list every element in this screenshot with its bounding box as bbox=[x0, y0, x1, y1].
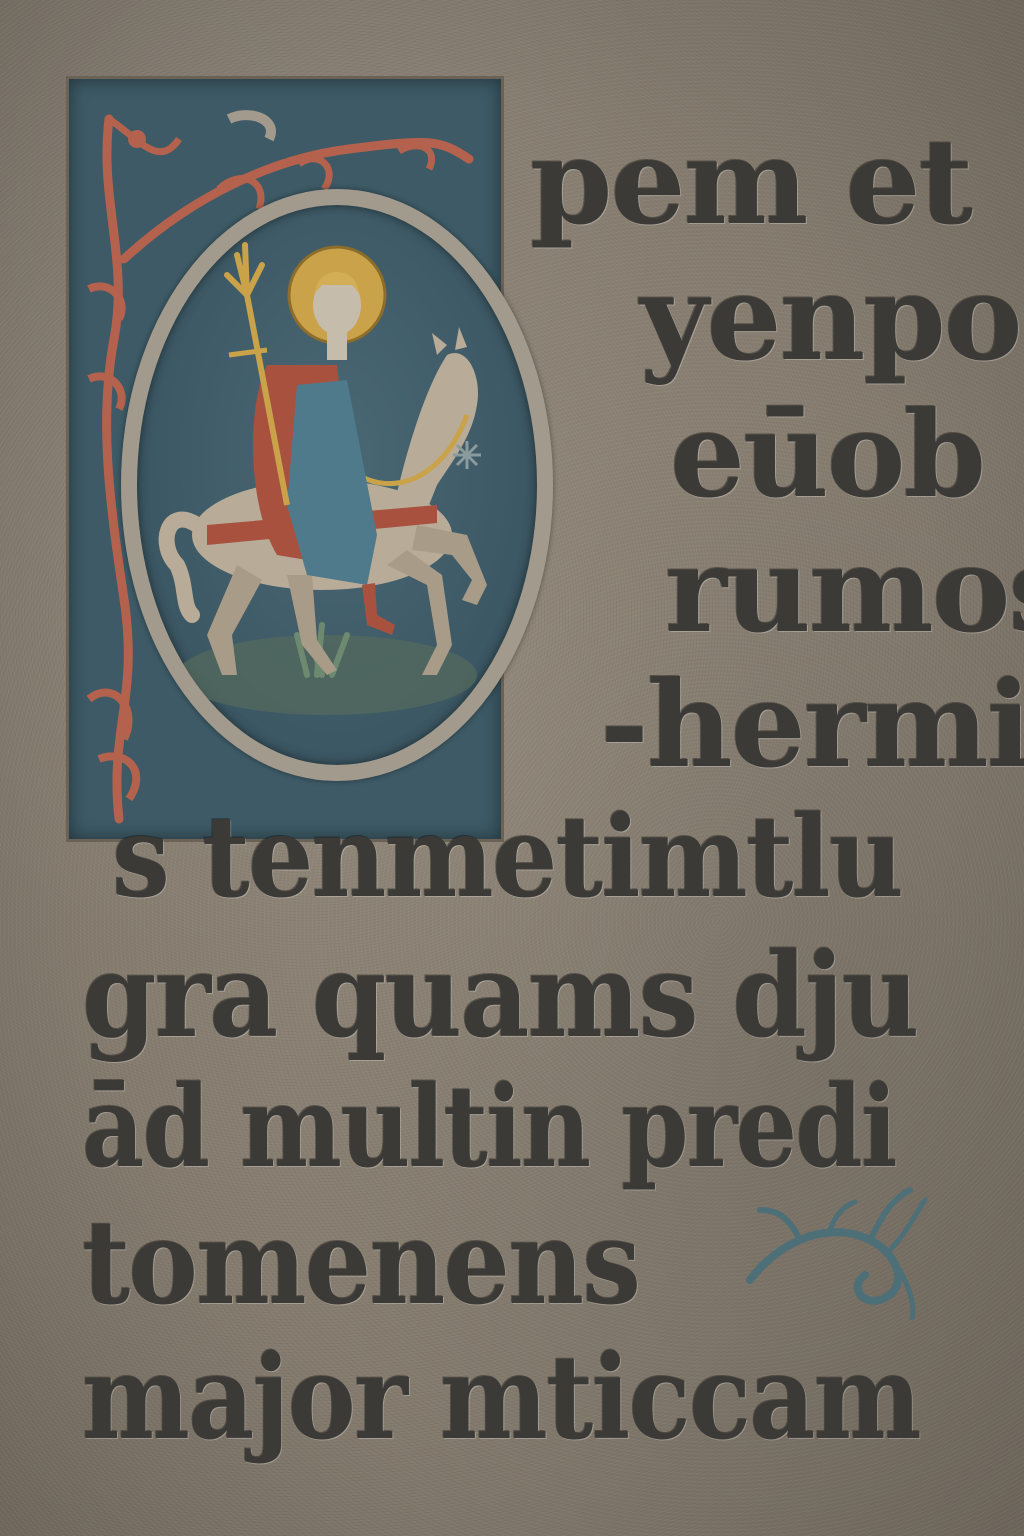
medallion bbox=[121, 189, 553, 781]
rider-on-horse-icon bbox=[137, 205, 505, 733]
illuminated-initial-panel bbox=[66, 76, 504, 842]
leaf-flourish-icon bbox=[740, 1180, 930, 1320]
